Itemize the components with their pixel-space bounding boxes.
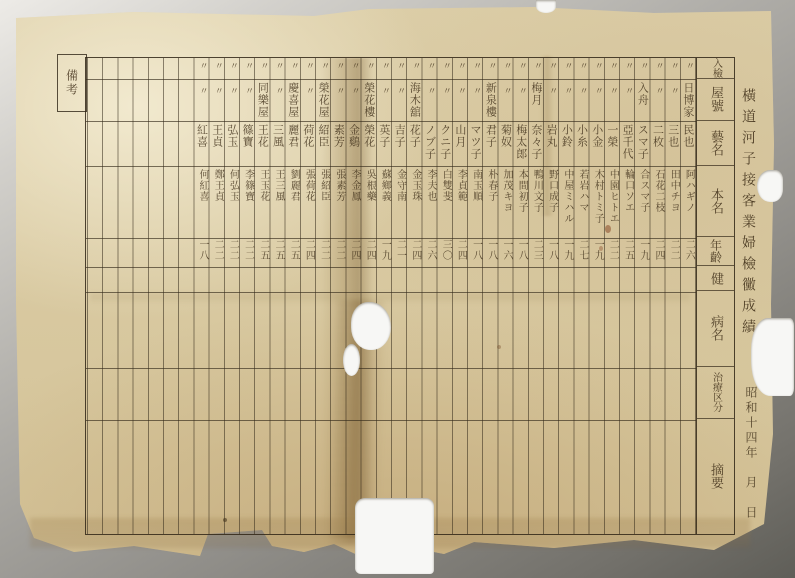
record-column: 〃〃小糸若岩ハマ二七 <box>574 58 589 534</box>
torn-hole-center-small <box>343 344 360 376</box>
record-house-name: 〃 <box>623 86 632 96</box>
ink-stain <box>497 345 501 349</box>
record-age: 二四 <box>455 239 465 261</box>
record-stage-name: 弘玉 <box>227 124 238 148</box>
record-house-name: 〃 <box>456 86 465 96</box>
record-inspected-mark: 〃 <box>334 61 343 71</box>
row-header-column: 入檢屋號藝名本名年齡健病名治療区分摘要 <box>696 58 734 534</box>
record-house-name: 〃 <box>562 86 571 96</box>
record-stage-name: 英子 <box>379 124 390 148</box>
record-stage-name: 三也 <box>668 124 679 148</box>
record-column: 〃〃小金木村トミ子一九 <box>590 58 605 534</box>
record-stage-name: ノブ子 <box>425 124 436 160</box>
record-house-name: 〃 <box>274 86 283 96</box>
record-house-name: 〃 <box>380 86 389 96</box>
record-real-name: 金守南 <box>395 169 405 202</box>
record-stage-name: 一榮 <box>607 124 618 148</box>
record-column: 〃〃一榮中園ヒトエ二二 <box>605 58 620 534</box>
record-house-name: 〃 <box>654 86 663 96</box>
record-stage-name: 奈々子 <box>531 124 542 160</box>
row-header-house: 屋號 <box>697 79 734 121</box>
record-stage-name: 荷花 <box>303 124 314 148</box>
record-house-name: 〃 <box>441 86 450 96</box>
record-column: 〃榮花屋紹臣張紹臣二二 <box>316 58 331 534</box>
record-stage-name: 岩丸 <box>546 124 557 148</box>
record-stage-name: 榮花 <box>364 124 375 148</box>
record-stage-name: 麗君 <box>288 124 299 148</box>
record-age: 二二 <box>607 239 617 261</box>
record-age: 三〇 <box>440 239 450 261</box>
record-real-name: 本間初子 <box>516 169 526 213</box>
record-inspected-mark: 〃 <box>608 61 617 71</box>
row-header-treatment-label: 治療区分 <box>711 372 721 412</box>
record-inspected-mark: 〃 <box>319 61 328 71</box>
record-age: 二五 <box>258 239 268 261</box>
record-house-name: 榮花屋 <box>318 82 329 118</box>
record-age: 二四 <box>303 239 313 261</box>
record-age: 二五 <box>288 239 298 261</box>
record-age: 一八 <box>486 239 496 261</box>
record-house-name: 〃 <box>669 86 678 96</box>
record-stage-name: 小金 <box>592 124 603 148</box>
record-real-name: 白雙斐 <box>440 169 450 202</box>
record-house-name: 新泉樓 <box>485 82 496 118</box>
record-inspected-mark: 〃 <box>228 61 237 71</box>
record-stage-name: 君子 <box>485 124 496 148</box>
record-inspected-mark: 〃 <box>547 61 556 71</box>
record-inspected-mark: 〃 <box>638 61 647 71</box>
record-inspected-mark: 〃 <box>410 61 419 71</box>
record-inspected-mark: 〃 <box>304 61 313 71</box>
record-column: 〃同樂屋王花王玉花二五 <box>255 58 270 534</box>
record-stage-name: 金鷄 <box>349 124 360 148</box>
record-stage-name: 亞千代 <box>622 124 633 160</box>
record-stage-name: 篠寶 <box>242 124 253 148</box>
record-real-name: 合スマ子 <box>638 169 648 213</box>
record-inspected-mark: 〃 <box>562 61 571 71</box>
record-column: 〃〃英子蘇鄉義一九 <box>377 58 392 534</box>
record-age: 二四 <box>653 239 663 261</box>
record-inspected-mark: 〃 <box>623 61 632 71</box>
record-house-name: 榮花樓 <box>364 82 375 118</box>
record-real-name: 劉麗君 <box>288 169 298 202</box>
row-header-age-label: 年齡 <box>710 239 722 263</box>
record-column: 〃〃クニ子白雙斐三〇 <box>438 58 453 534</box>
record-inspected-mark: 〃 <box>243 61 252 71</box>
record-age: 二五 <box>273 239 283 261</box>
record-stage-name: 山月 <box>455 124 466 148</box>
record-real-name: 中屋ミハル <box>562 169 572 224</box>
record-stage-name: 王貞 <box>212 124 223 148</box>
record-inspected-mark: 〃 <box>532 61 541 71</box>
record-real-name: 張紹臣 <box>319 169 329 202</box>
record-column: 〃〃二枚石花二枝二四 <box>650 58 665 534</box>
record-stage-name: 三風 <box>273 124 284 148</box>
record-stage-name: 花子 <box>409 124 420 148</box>
record-stage-name: マツ子 <box>470 124 481 160</box>
row-header-health: 健 <box>697 266 734 291</box>
record-inspected-mark: 〃 <box>289 61 298 71</box>
record-real-name: 田中チヨ <box>668 169 678 213</box>
record-house-name: 〃 <box>350 86 359 96</box>
torn-hole-right-edge <box>751 318 794 396</box>
inspection-table: 入檢屋號藝名本名年齡健病名治療区分摘要 〃日博家民也阿ハギノ二六〃〃三也田中チヨ… <box>85 57 735 535</box>
record-inspected-mark: 〃 <box>456 61 465 71</box>
record-age: 二三 <box>531 239 541 261</box>
record-real-name: 吳根藥 <box>364 169 374 202</box>
record-column: 〃日博家民也阿ハギノ二六 <box>681 58 696 534</box>
record-real-name: 李金鳳 <box>349 169 359 202</box>
record-age: 二一 <box>395 239 405 261</box>
record-real-name: 張素芳 <box>334 169 344 202</box>
record-column: 〃〃素芳張素芳二二 <box>331 58 346 534</box>
record-age: 二二 <box>212 239 222 261</box>
record-stage-name: 二枚 <box>653 124 664 148</box>
record-real-name: 李篠寶 <box>243 169 253 202</box>
record-age: 二四 <box>364 239 374 261</box>
record-real-name: 阿ハギノ <box>683 169 693 213</box>
record-column: 〃〃紅喜何紅喜一八 <box>194 58 209 534</box>
record-house-name: 同樂屋 <box>257 82 268 118</box>
record-house-name: 〃 <box>426 86 435 96</box>
ink-stain <box>599 246 603 251</box>
document-date: 昭和十四年 月 日 <box>745 386 757 521</box>
record-inspected-mark: 〃 <box>365 61 374 71</box>
record-column: 〃〃小鈴中屋ミハル一九 <box>559 58 574 534</box>
record-age: 一八 <box>197 239 207 261</box>
record-inspected-mark: 〃 <box>198 61 207 71</box>
record-stage-name: クニ子 <box>440 124 451 160</box>
record-stage-name: 小鈴 <box>561 124 572 148</box>
record-stage-name: スマ子 <box>637 124 648 160</box>
record-real-name: 王三風 <box>273 169 283 202</box>
torn-notch-top <box>536 0 556 13</box>
record-age: 二六 <box>683 239 693 261</box>
record-age: 一九 <box>562 239 572 261</box>
record-column: 〃慶喜屋麗君劉麗君二五 <box>286 58 301 534</box>
record-inspected-mark: 〃 <box>274 61 283 71</box>
record-real-name: 鄭王貞 <box>212 169 222 202</box>
record-real-name: 金玉珠 <box>410 169 420 202</box>
record-age: 一九 <box>379 239 389 261</box>
record-inspected-mark: 〃 <box>380 61 389 71</box>
record-real-name: 張荷花 <box>303 169 313 202</box>
row-header-disease: 病名 <box>697 291 734 367</box>
record-house-name: 〃 <box>471 86 480 96</box>
scanned-document-photo: 備考 入檢屋號藝名本名年齡健病名治療区分摘要 〃日博家民也阿ハギノ二六〃〃三也田… <box>0 0 795 578</box>
record-column: 〃梅月奈々子鴨川文子二三 <box>529 58 544 534</box>
row-header-real-name-label: 本名 <box>709 188 722 214</box>
record-stage-name: 小糸 <box>577 124 588 148</box>
record-column: 〃〃ノブ子李夫也二六 <box>422 58 437 534</box>
record-real-name: 中園ヒトエ <box>607 169 617 224</box>
record-real-name: 野口成子 <box>547 169 557 213</box>
record-stage-name: 紅喜 <box>197 124 208 148</box>
record-age: 一八 <box>516 239 526 261</box>
record-inspected-mark: 〃 <box>395 61 404 71</box>
record-real-name: 何紅喜 <box>197 169 207 202</box>
torn-gap-bottom <box>355 498 434 574</box>
record-inspected-mark: 〃 <box>258 61 267 71</box>
torn-hole-right-small <box>757 170 783 202</box>
record-column: 〃〃荷花張荷花二四 <box>301 58 316 534</box>
record-age: 二二 <box>227 239 237 261</box>
record-age: 二二 <box>243 239 253 261</box>
record-column: 〃〃亞千代輪口ソエ二五 <box>620 58 635 534</box>
record-real-name: 加茂キヨ <box>501 169 511 213</box>
record-inspected-mark: 〃 <box>593 61 602 71</box>
record-stage-name: 民也 <box>683 124 694 148</box>
record-column: 〃〃吉子金守南二一 <box>392 58 407 534</box>
record-column: 〃〃王貞鄭王貞二二 <box>210 58 225 534</box>
record-column: 〃入舟スマ子合スマ子一九 <box>635 58 650 534</box>
row-header-summary-label: 摘要 <box>709 463 722 489</box>
record-inspected-mark: 〃 <box>350 61 359 71</box>
row-header-treatment: 治療区分 <box>697 367 734 419</box>
record-column: 〃榮花樓榮花吳根藥二四 <box>362 58 377 534</box>
record-real-name: 朴春子 <box>486 169 496 202</box>
record-house-name: 〃 <box>502 86 511 96</box>
record-house-name: 〃 <box>547 86 556 96</box>
record-age: 一八 <box>547 239 557 261</box>
record-house-name: 梅月 <box>531 82 542 106</box>
record-column: 〃〃三也田中チヨ二二 <box>666 58 681 534</box>
record-stage-name: 紹臣 <box>318 124 329 148</box>
row-header-stage-name: 藝名 <box>697 121 734 166</box>
record-house-name: 〃 <box>198 86 207 96</box>
record-real-name: 何弘玉 <box>227 169 237 202</box>
document-title: 橫道河子接客業婦檢黴成績 <box>741 88 755 340</box>
record-column: 〃〃篠寶李篠寶二二 <box>240 58 255 534</box>
record-stage-name: 吉子 <box>394 124 405 148</box>
record-inspected-mark: 〃 <box>517 61 526 71</box>
record-inspected-mark: 〃 <box>502 61 511 71</box>
record-house-name: 日博家 <box>683 82 694 118</box>
record-house-name: 〃 <box>517 86 526 96</box>
row-header-stage-name-label: 藝名 <box>709 130 722 156</box>
record-house-name: 慶喜屋 <box>288 82 299 118</box>
record-real-name: 南玉順 <box>471 169 481 202</box>
remarks-label: 備考 <box>64 69 81 97</box>
record-house-name: 〃 <box>593 86 602 96</box>
ink-stain <box>223 518 227 522</box>
record-column: 〃〃マツ子南玉順一八 <box>468 58 483 534</box>
record-inspected-mark: 〃 <box>213 61 222 71</box>
record-inspected-mark: 〃 <box>486 61 495 71</box>
record-column: 〃〃山月李貞範二四 <box>453 58 468 534</box>
row-header-age: 年齡 <box>697 237 734 266</box>
row-header-real-name: 本名 <box>697 166 734 238</box>
record-column: 〃新泉樓君子朴春子一八 <box>483 58 498 534</box>
record-column: 〃〃菊奴加茂キヨ一六 <box>498 58 513 534</box>
record-house-name: 〃 <box>304 86 313 96</box>
record-stage-name: 素芳 <box>333 124 344 148</box>
record-house-name: 〃 <box>395 86 404 96</box>
record-house-name: 〃 <box>608 86 617 96</box>
record-age: 二二 <box>334 239 344 261</box>
record-column: 〃〃三風王三風二五 <box>270 58 285 534</box>
record-age: 一九 <box>638 239 648 261</box>
record-inspected-mark: 〃 <box>669 61 678 71</box>
record-inspected-mark: 〃 <box>471 61 480 71</box>
torn-hole-center <box>351 302 391 350</box>
record-real-name: 李夫也 <box>425 169 435 202</box>
row-header-disease-label: 病名 <box>709 315 722 341</box>
row-header-health-label: 健 <box>709 272 722 285</box>
record-house-name: 入舟 <box>637 82 648 106</box>
record-column: 〃〃梅太郎本間初子一八 <box>514 58 529 534</box>
record-age: 二五 <box>623 239 633 261</box>
record-real-name: 石花二枝 <box>653 169 663 213</box>
record-inspected-mark: 〃 <box>654 61 663 71</box>
record-inspected-mark: 〃 <box>426 61 435 71</box>
record-house-name: 海木舘 <box>409 82 420 118</box>
record-real-name: 輪口ソエ <box>623 169 633 213</box>
record-house-name: 〃 <box>213 86 222 96</box>
record-real-name: 鴨川文子 <box>531 169 541 213</box>
record-age: 二七 <box>577 239 587 261</box>
record-inspected-mark: 〃 <box>441 61 450 71</box>
record-real-name: 蘇鄉義 <box>379 169 389 202</box>
record-stage-name: 王花 <box>257 124 268 148</box>
record-column: 〃〃弘玉何弘玉二二 <box>225 58 240 534</box>
row-header-house-label: 屋號 <box>709 86 722 112</box>
record-house-name: 〃 <box>578 86 587 96</box>
record-age: 二二 <box>319 239 329 261</box>
record-inspected-mark: 〃 <box>684 61 693 71</box>
record-age: 二四 <box>349 239 359 261</box>
record-column: 〃〃岩丸野口成子一八 <box>544 58 559 534</box>
row-header-inspection-label: 入檢 <box>711 58 721 78</box>
ink-stain <box>605 225 611 233</box>
row-header-summary: 摘要 <box>697 419 734 534</box>
record-stage-name: 菊奴 <box>501 124 512 148</box>
record-house-name: 〃 <box>243 86 252 96</box>
record-column: 〃海木舘花子金玉珠二四 <box>407 58 422 534</box>
record-age: 一六 <box>501 239 511 261</box>
record-real-name: 王玉花 <box>258 169 268 202</box>
remarks-box: 備考 <box>57 54 87 112</box>
record-real-name: 若岩ハマ <box>577 169 587 213</box>
record-stage-name: 梅太郎 <box>516 124 527 160</box>
record-age: 一八 <box>471 239 481 261</box>
record-house-name: 〃 <box>228 86 237 96</box>
record-age: 二二 <box>668 239 678 261</box>
record-inspected-mark: 〃 <box>578 61 587 71</box>
record-age: 二四 <box>410 239 420 261</box>
record-age: 二六 <box>425 239 435 261</box>
row-header-inspection: 入檢 <box>697 58 734 79</box>
record-real-name: 李貞範 <box>455 169 465 202</box>
record-house-name: 〃 <box>334 86 343 96</box>
record-column: 〃〃金鷄李金鳳二四 <box>346 58 361 534</box>
record-real-name: 木村トミ子 <box>592 169 602 224</box>
